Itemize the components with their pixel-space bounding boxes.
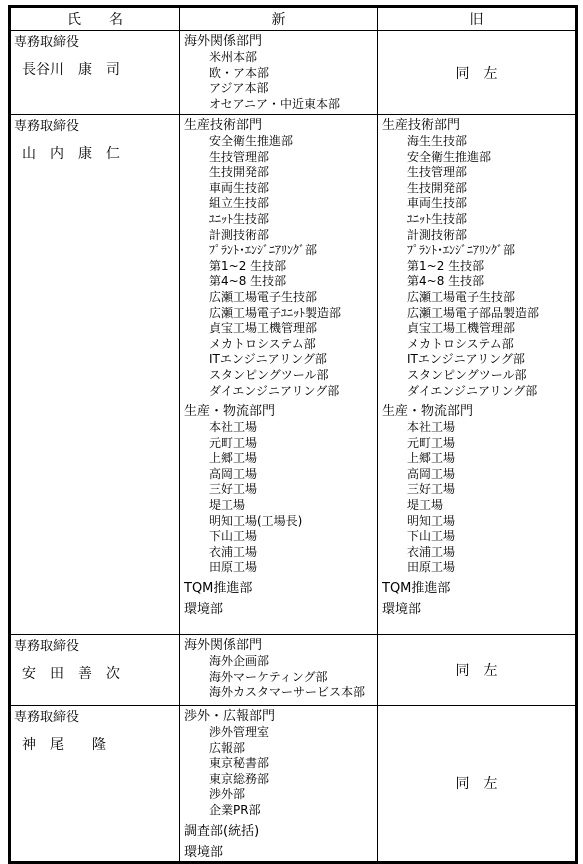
dept-item: 企業PR部: [184, 803, 377, 819]
dept-item: 三好工場: [382, 482, 575, 498]
dept-block: TQM推進部: [382, 580, 575, 597]
personnel-change-table: 氏 名 新 旧 専務取締役長谷川 康 司海外関係部門米州本部欧・ア本部アジア本部…: [8, 5, 578, 864]
dept-item: 高岡工場: [184, 467, 377, 483]
dept-item: スタンピングツール部: [382, 368, 575, 384]
dept-item: 本社工場: [382, 420, 575, 436]
dept-item: 第1~2 生技部: [184, 259, 377, 275]
dept-item: 広報部: [184, 741, 377, 757]
dept-item: 衣浦工場: [382, 545, 575, 561]
old-assignment-cell: 同 左: [378, 706, 577, 863]
dept-item: 海外カスタマーサービス本部: [184, 685, 377, 701]
dept-item: ダイエンジニアリング部: [382, 384, 575, 400]
dept-group-heading: 海外関係部門: [184, 637, 377, 654]
dept-item: 貞宝工場工機管理部: [184, 321, 377, 337]
dept-group-heading: 生産技術部門: [184, 117, 377, 134]
dept-item: 貞宝工場工機管理部: [382, 321, 575, 337]
dept-block: 生産・物流部門本社工場元町工場上郷工場高岡工場三好工場堤工場明知工場(工場長)下…: [184, 403, 377, 576]
dept-group-heading: 海外関係部門: [184, 33, 377, 50]
dept-item: ﾕﾆｯﾄ生技部: [184, 212, 377, 228]
officer-name: 山 内 康 仁: [22, 143, 179, 163]
dept-group-heading: TQM推進部: [382, 580, 575, 597]
dept-group-heading: 環境部: [184, 844, 377, 861]
dept-group-heading: TQM推進部: [184, 580, 377, 597]
dept-item: 生技開発部: [382, 181, 575, 197]
old-assignment-cell: 同 左: [378, 635, 577, 706]
table-row: 専務取締役神 尾 隆渉外・広報部門渉外管理室広報部東京秘書部東京総務部渉外部企業…: [10, 706, 577, 863]
dept-item: 欧・ア本部: [184, 66, 377, 82]
dept-block: 海外関係部門米州本部欧・ア本部アジア本部オセアニア・中近東本部: [184, 33, 377, 112]
dept-item: 高岡工場: [382, 467, 575, 483]
officer-title: 専務取締役: [14, 119, 179, 135]
dept-item: メカトロシステム部: [382, 337, 575, 353]
dept-item: 第1~2 生技部: [382, 259, 575, 275]
dept-item: 組立生技部: [184, 196, 377, 212]
dept-item: 広瀬工場電子生技部: [382, 290, 575, 306]
dept-block: 渉外・広報部門渉外管理室広報部東京秘書部東京総務部渉外部企業PR部: [184, 708, 377, 819]
new-assignment-cell: 渉外・広報部門渉外管理室広報部東京秘書部東京総務部渉外部企業PR部調査部(統括)…: [180, 706, 378, 863]
table-header: 氏 名 新 旧: [10, 7, 577, 31]
dept-item: スタンピングツール部: [184, 368, 377, 384]
dept-block: 環境部: [382, 601, 575, 618]
old-assignment-cell: 同 左: [378, 31, 577, 115]
dept-block: 生産技術部門海生生技部安全衛生推進部生技管理部生技開発部車両生技部ﾕﾆｯﾄ生技部…: [382, 117, 575, 399]
same-as-left-label: 同 左: [456, 66, 498, 82]
officer-name: 神 尾 隆: [22, 734, 179, 754]
officer-cell: 専務取締役山 内 康 仁: [10, 115, 180, 635]
dept-group-heading: 環境部: [382, 601, 575, 618]
table-row: 専務取締役安 田 善 次海外関係部門海外企画部海外マーケティング部海外カスタマー…: [10, 635, 577, 706]
dept-item: 堤工場: [382, 498, 575, 514]
table-body: 専務取締役長谷川 康 司海外関係部門米州本部欧・ア本部アジア本部オセアニア・中近…: [10, 31, 577, 863]
dept-item: 生技管理部: [184, 150, 377, 166]
officer-cell: 専務取締役安 田 善 次: [10, 635, 180, 706]
dept-item: 元町工場: [184, 436, 377, 452]
officer-title: 専務取締役: [14, 35, 179, 51]
dept-item: アジア本部: [184, 81, 377, 97]
table-row: 専務取締役長谷川 康 司海外関係部門米州本部欧・ア本部アジア本部オセアニア・中近…: [10, 31, 577, 115]
dept-item: 田原工場: [184, 560, 377, 576]
dept-item: 生技開発部: [184, 165, 377, 181]
dept-item: 広瀬工場電子部品製造部: [382, 306, 575, 322]
dept-item: 生技管理部: [382, 165, 575, 181]
dept-item: ITエンジニアリング部: [382, 352, 575, 368]
dept-item: 田原工場: [382, 560, 575, 576]
officer-title: 専務取締役: [14, 710, 179, 726]
dept-item: 安全衛生推進部: [382, 150, 575, 166]
dept-item: 渉外管理室: [184, 725, 377, 741]
dept-item: 明知工場(工場長): [184, 514, 377, 530]
dept-item: 衣浦工場: [184, 545, 377, 561]
dept-item: 元町工場: [382, 436, 575, 452]
dept-item: 車両生技部: [184, 181, 377, 197]
dept-item: 安全衛生推進部: [184, 134, 377, 150]
header-cell-new: 新: [180, 7, 378, 31]
old-assignment-cell: 生産技術部門海生生技部安全衛生推進部生技管理部生技開発部車両生技部ﾕﾆｯﾄ生技部…: [378, 115, 577, 635]
new-assignment-cell: 海外関係部門海外企画部海外マーケティング部海外カスタマーサービス本部: [180, 635, 378, 706]
dept-item: 広瀬工場電子生技部: [184, 290, 377, 306]
dept-item: 東京総務部: [184, 772, 377, 788]
same-as-left-label: 同 左: [456, 663, 498, 679]
dept-item: 三好工場: [184, 482, 377, 498]
dept-item: 第4~8 生技部: [184, 274, 377, 290]
officer-name: 安 田 善 次: [22, 663, 179, 683]
dept-item: オセアニア・中近東本部: [184, 97, 377, 113]
dept-item: ﾌﾟﾗﾝﾄ･ｴﾝｼﾞﾆｱﾘﾝｸﾞ部: [382, 243, 575, 259]
dept-block: 調査部(統括): [184, 823, 377, 840]
dept-block: 海外関係部門海外企画部海外マーケティング部海外カスタマーサービス本部: [184, 637, 377, 701]
officer-cell: 専務取締役神 尾 隆: [10, 706, 180, 863]
dept-item: ﾌﾟﾗﾝﾄ･ｴﾝｼﾞﾆｱﾘﾝｸﾞ部: [184, 243, 377, 259]
document-page: 氏 名 新 旧 専務取締役長谷川 康 司海外関係部門米州本部欧・ア本部アジア本部…: [0, 0, 583, 864]
dept-item: ﾕﾆｯﾄ生技部: [382, 212, 575, 228]
dept-block: 環境部: [184, 844, 377, 861]
dept-item: 下山工場: [382, 529, 575, 545]
dept-item: 米州本部: [184, 50, 377, 66]
dept-item: 堤工場: [184, 498, 377, 514]
dept-group-heading: 環境部: [184, 601, 377, 618]
dept-item: 海外企画部: [184, 654, 377, 670]
dept-item: 上郷工場: [184, 451, 377, 467]
table-row: 専務取締役山 内 康 仁生産技術部門安全衛生推進部生技管理部生技開発部車両生技部…: [10, 115, 577, 635]
dept-item: 海外マーケティング部: [184, 670, 377, 686]
dept-item: 第4~8 生技部: [382, 274, 575, 290]
dept-item: 明知工場: [382, 514, 575, 530]
new-assignment-cell: 生産技術部門安全衛生推進部生技管理部生技開発部車両生技部組立生技部ﾕﾆｯﾄ生技部…: [180, 115, 378, 635]
dept-block: 生産技術部門安全衛生推進部生技管理部生技開発部車両生技部組立生技部ﾕﾆｯﾄ生技部…: [184, 117, 377, 399]
dept-item: ダイエンジニアリング部: [184, 384, 377, 400]
dept-group-heading: 生産・物流部門: [382, 403, 575, 420]
dept-group-heading: 生産技術部門: [382, 117, 575, 134]
dept-block: TQM推進部: [184, 580, 377, 597]
header-row: 氏 名 新 旧: [10, 7, 577, 31]
dept-item: 広瀬工場電子ﾕﾆｯﾄ製造部: [184, 306, 377, 322]
dept-group-heading: 調査部(統括): [184, 823, 377, 840]
dept-item: 計測技術部: [184, 228, 377, 244]
same-as-left-label: 同 左: [456, 776, 498, 792]
officer-name: 長谷川 康 司: [22, 59, 179, 79]
header-cell-name: 氏 名: [10, 7, 180, 31]
dept-block: 環境部: [184, 601, 377, 618]
dept-item: 海生生技部: [382, 134, 575, 150]
new-assignment-cell: 海外関係部門米州本部欧・ア本部アジア本部オセアニア・中近東本部: [180, 31, 378, 115]
dept-group-heading: 渉外・広報部門: [184, 708, 377, 725]
dept-item: 計測技術部: [382, 228, 575, 244]
dept-block: 生産・物流部門本社工場元町工場上郷工場高岡工場三好工場堤工場明知工場下山工場衣浦…: [382, 403, 575, 576]
dept-item: ITエンジニアリング部: [184, 352, 377, 368]
dept-item: 本社工場: [184, 420, 377, 436]
officer-cell: 専務取締役長谷川 康 司: [10, 31, 180, 115]
dept-item: 車両生技部: [382, 196, 575, 212]
dept-item: 下山工場: [184, 529, 377, 545]
dept-group-heading: 生産・物流部門: [184, 403, 377, 420]
dept-item: 東京秘書部: [184, 756, 377, 772]
dept-item: メカトロシステム部: [184, 337, 377, 353]
header-cell-old: 旧: [378, 7, 577, 31]
dept-item: 上郷工場: [382, 451, 575, 467]
dept-item: 渉外部: [184, 787, 377, 803]
officer-title: 専務取締役: [14, 639, 179, 655]
